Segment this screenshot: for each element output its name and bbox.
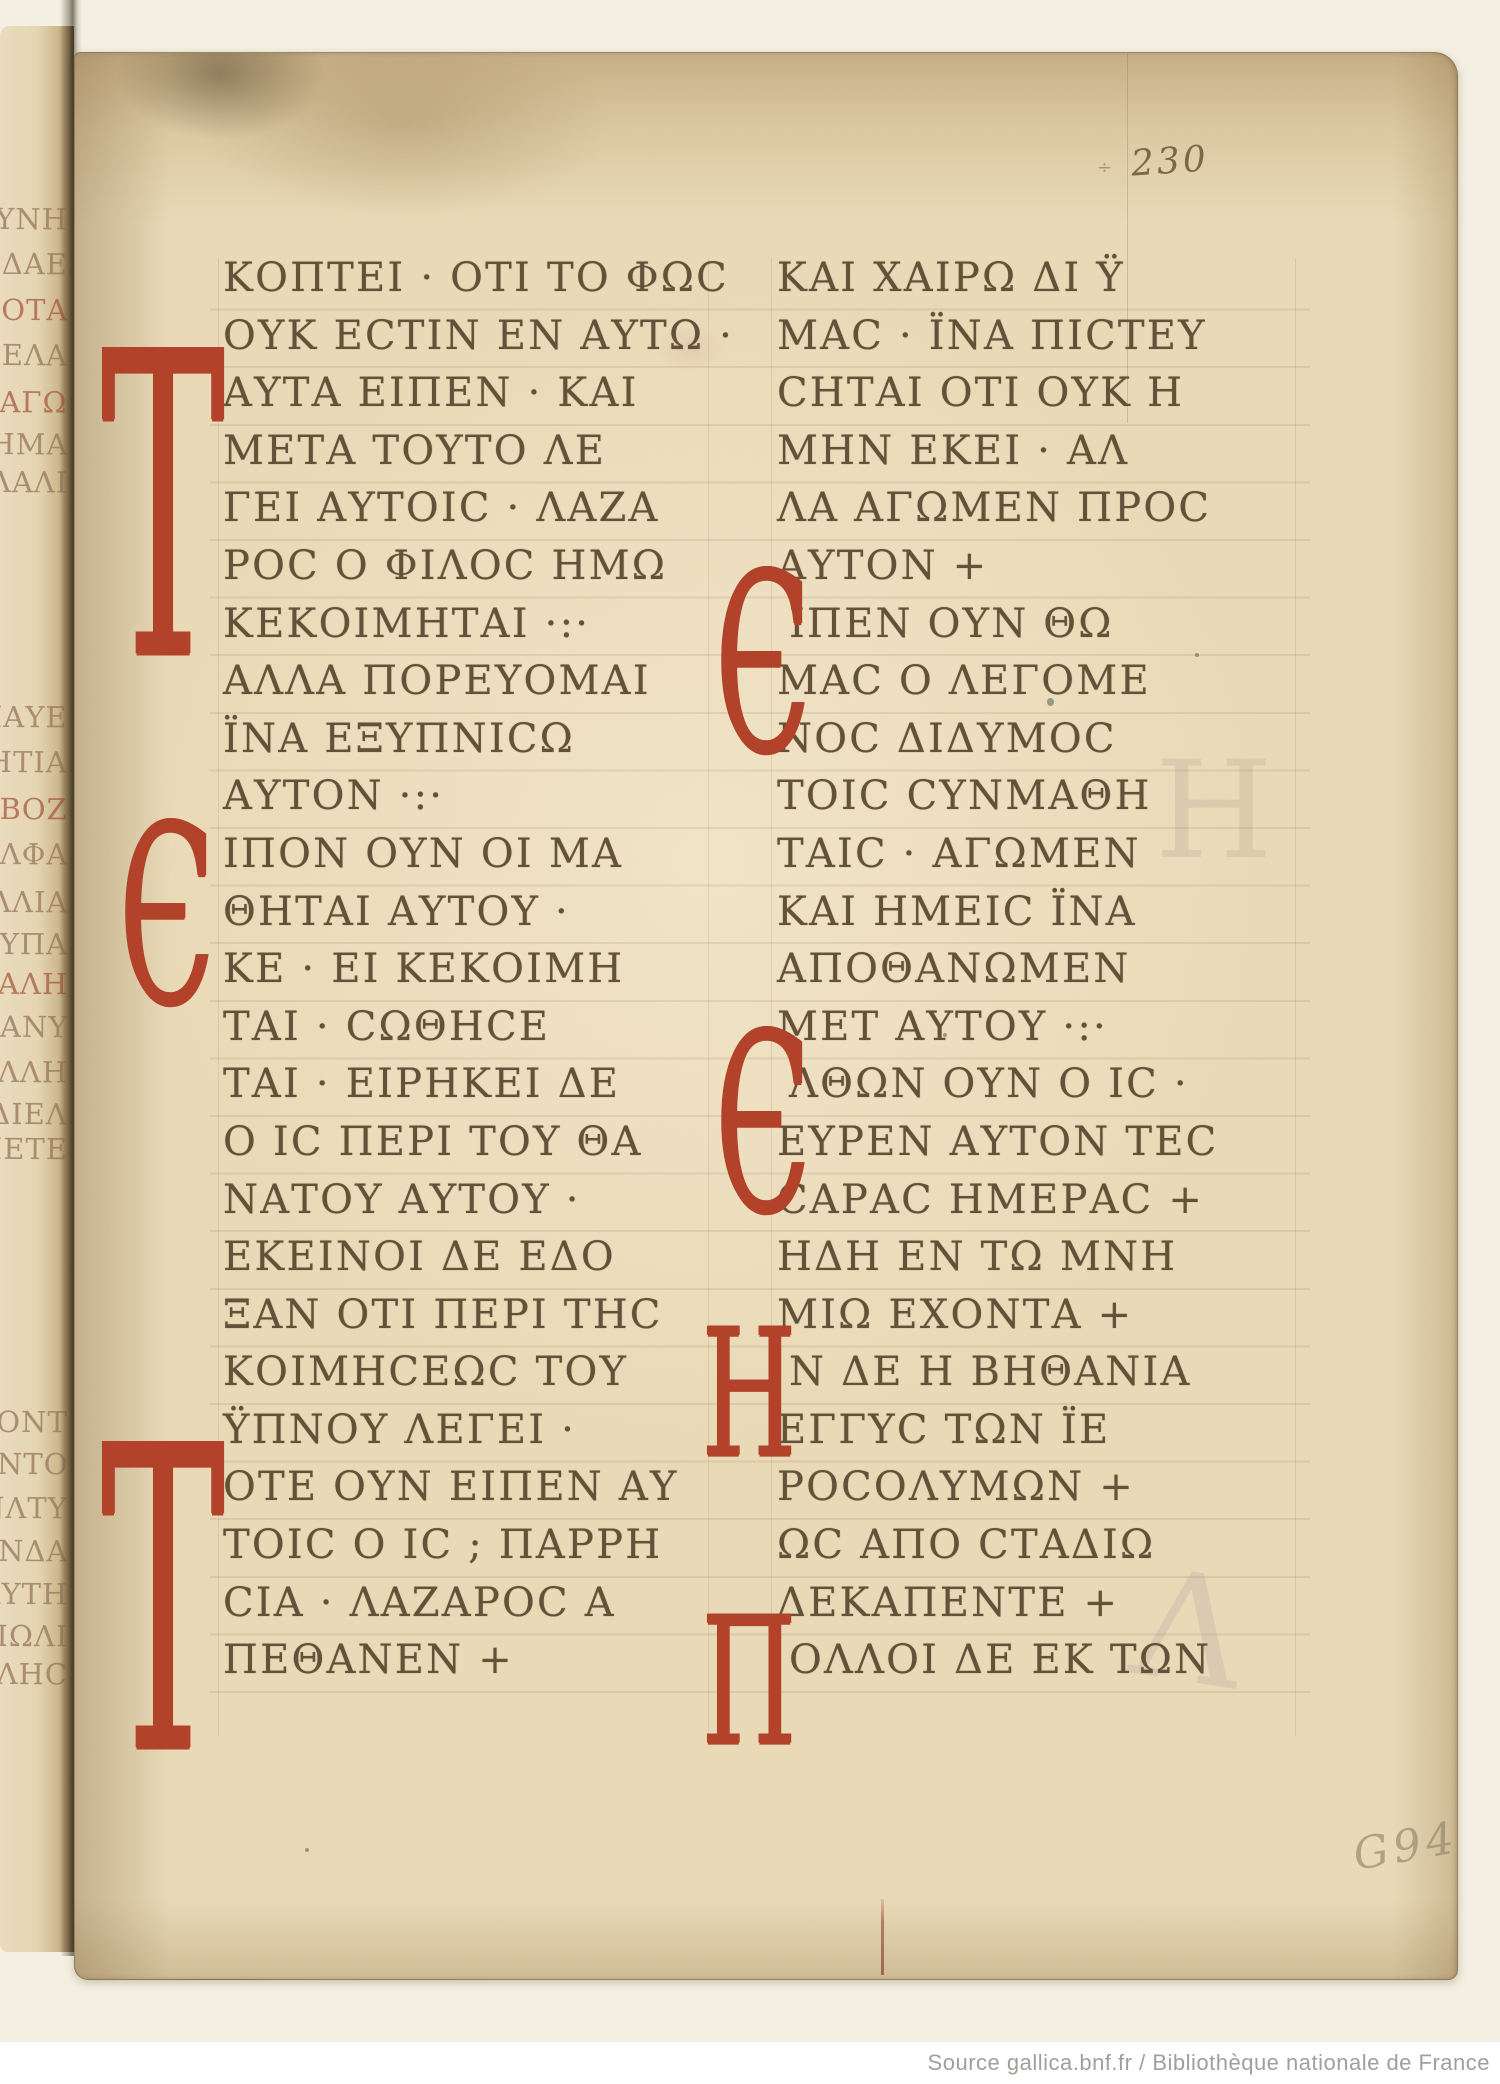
text-line: ΡΟCΟΛΥΜΩΝ +: [777, 1459, 1317, 1517]
line-text: ΡΟC Ο ΦΙΛΟC ΗΜΩ: [223, 543, 667, 589]
line-text: ΟΛΛΟΙ ΔΕ ΕΚ ΤΩΝ: [789, 1637, 1211, 1683]
line-text: ΑΥΤΟΝ ·:·: [223, 773, 444, 819]
text-line: ΕΓΓΥC ΤΩΝ ΪΕ: [777, 1402, 1317, 1460]
line-text: CΙΑ · ΛΑΖΑΡΟC Α: [223, 1580, 616, 1626]
gutter-text-fragment: ΧΛΙΕ·ΑΓΩ: [0, 387, 68, 417]
gutter-text-fragment: ΗΝΥΠΑ: [0, 930, 68, 960]
text-line: ΕΥΡΕΝ ΑΥΤΟΝ ΤΕC: [777, 1114, 1317, 1172]
text-line: ΜΕΤ ΑΥΤΟΥ ·:·: [777, 999, 1317, 1057]
text-line: ΗΝ ΔΕ Η ΒΗΘΑΝΙΑ: [777, 1344, 1317, 1402]
gutter-text-fragment: ΜΠΛΑΛΙ: [0, 468, 68, 498]
line-text: ΜΕΤ ΑΥΤΟΥ ·:·: [777, 1004, 1108, 1050]
decorated-initial: Τ: [101, 299, 226, 719]
text-line: ΜΑC · ΪΝΑ ΠΙCΤΕΥ: [777, 308, 1317, 366]
footer-source-text: Source gallica.bnf.fr / Bibliothèque nat…: [928, 2050, 1490, 2076]
decorated-initial: Π: [702, 1594, 798, 1771]
text-line: ΚΕ · ΕΙ ΚΕΚΟΙΜΗ: [223, 941, 763, 999]
text-line: ΜΑC Ο ΛΕΓΟΜΕ: [777, 653, 1317, 711]
gutter-text-fragment: CΑΝΔΑ: [0, 1537, 68, 1567]
decorated-initial: Τ: [101, 1393, 226, 1813]
line-text: ΑΛΛΑ ΠΟΡΕΥΟΜΑΙ: [223, 658, 651, 704]
text-line: ΗΔΗ ΕΝ ΤΩ ΜΝΗ: [777, 1229, 1317, 1287]
gutter-text-fragment: ΤΟΝΤ: [0, 1408, 68, 1438]
line-text: ΘΗΤΑΙ ΑΥΤΟΥ ·: [223, 889, 570, 935]
line-text: ΝΑΤΟΥ ΑΥΤΟΥ ·: [223, 1177, 581, 1223]
line-text: ΡΟCΟΛΥΜΩΝ +: [777, 1464, 1135, 1510]
line-text: ΟΥΚ ΕCΤΙΝ ΕΝ ΑΥΤΩ ·: [223, 313, 734, 359]
line-text: ΤΑΙC · ΑΓΩΜΕΝ: [777, 831, 1141, 877]
line-text: ΚΟΙΜΗCΕΩC ΤΟΥ: [223, 1349, 628, 1395]
line-text: ΚΟΠΤΕΙ · ΟΤΙ ΤΟ ΦΩC: [223, 255, 729, 301]
gutter-text-fragment: ΩΝΛΤΥ: [0, 1494, 68, 1524]
decorated-initial: Є: [715, 541, 813, 789]
line-text: ΚΑΙ ΧΑΙΡΩ ΔΙ Ϋ: [777, 255, 1125, 301]
gutter-text-fragment: ΑΝΥ: [0, 1013, 68, 1042]
gutter-text-fragment: ΝΙΔΑΕ: [0, 250, 68, 280]
text-line: ΩC ΑΠΟ CΤΑΔΙΩ: [777, 1517, 1317, 1575]
text-line: ΪΝΑ ΕΞΥΠΝΙCΩ: [223, 711, 763, 769]
text-line: ΠΕΘΑΝΕΝ +: [223, 1632, 763, 1690]
line-text: ΙΠΟΝ ΟΥΝ ΟΙ ΜΑ: [223, 831, 623, 877]
line-text: ΙΠΕΝ ΟΥΝ ΘΩ: [789, 601, 1114, 647]
text-line: ΤΟΙC CΥΝΜΑΘΗ: [777, 768, 1317, 826]
line-text: ΞΑΝ ΟΤΙ ΠΕΡΙ ΤΗC: [223, 1292, 663, 1338]
text-line: ΑΠΟΘΑΝΩΜΕΝ: [777, 941, 1317, 999]
line-text: ΗΔΗ ΕΝ ΤΩ ΜΝΗ: [777, 1234, 1177, 1280]
line-text: CΑΡΑC ΗΜΕΡΑC +: [777, 1177, 1204, 1223]
text-line: ЄΙΠΟΝ ΟΥΝ ΟΙ ΜΑ: [223, 826, 763, 884]
line-text: ΓΕΙ ΑΥΤΟΙC · ΛΑΖΑ: [223, 485, 660, 531]
text-line: ΝΑΤΟΥ ΑΥΤΟΥ ·: [223, 1172, 763, 1230]
line-text: ΜΑC · ΪΝΑ ΠΙCΤΕΥ: [777, 313, 1207, 359]
line-text: ΜΑC Ο ΛΕΓΟΜΕ: [777, 658, 1151, 704]
text-line: ΓΕΙ ΑΥΤΟΙC · ΛΑΖΑ: [223, 480, 763, 538]
line-text: ΚΑΙ ΗΜΕΙC ΪΝΑ: [777, 889, 1137, 935]
gutter-text-fragment: ΑΩΛΛΗ: [0, 1058, 68, 1088]
line-text: ΜΗΝ ΕΚΕΙ · ΑΛ: [777, 428, 1129, 474]
line-text: ΤΟΙC Ο ΙC ; ΠΑΡΡΗ: [223, 1522, 662, 1568]
decorated-initial: Η: [702, 1306, 798, 1483]
gutter-text-fragment: ΝΟΥΝΗ: [0, 205, 68, 235]
text-line: ΜΕΤΑ ΤΟΥΤΟ ΛΕ: [223, 423, 763, 481]
text-line: ΑΥΤΟΝ +: [777, 538, 1317, 596]
text-line: ЄΙΠΕΝ ΟΥΝ ΘΩ: [777, 596, 1317, 654]
line-text: ΕΥΡΕΝ ΑΥΤΟΝ ΤΕC: [777, 1119, 1218, 1165]
text-line: CΙΑ · ΛΑΖΑΡΟC Α: [223, 1575, 763, 1633]
line-text: ΑΠΟΘΑΝΩΜΕΝ: [777, 946, 1131, 992]
text-line: ΘΗΤΑΙ ΑΥΤΟΥ ·: [223, 884, 763, 942]
gutter-text-fragment: ΤΠΛΗC: [0, 1660, 68, 1690]
footer-bar: Source gallica.bnf.fr / Bibliothèque nat…: [0, 2042, 1500, 2084]
text-line: ЄΛΘΩΝ ΟΥΝ Ο ΙC ·: [777, 1056, 1317, 1114]
text-line: ΑΥΤΟΝ ·:·: [223, 768, 763, 826]
line-text: ΛΘΩΝ ΟΥΝ Ο ΙC ·: [789, 1061, 1189, 1107]
text-line: ΚΟΠΤΕΙ · ΟΤΙ ΤΟ ΦΩC: [223, 250, 763, 308]
gutter-text-fragment: ΠΟΤΑ: [0, 296, 68, 326]
text-line: ΚΕΚΟΙΜΗΤΑΙ ·:·: [223, 596, 763, 654]
gutter-text-fragment: ΑΛΗ: [0, 970, 68, 999]
line-text: ΚΕΚΟΙΜΗΤΑΙ ·:·: [223, 601, 590, 647]
line-text: ΕΚΕΙΝΟΙ ΔΕ ΕΔΟ: [223, 1234, 616, 1280]
text-line: ΜΙΩ ΕΧΟΝΤΑ +: [777, 1287, 1317, 1345]
line-text: ΤΑΙ · ΕΙΡΗΚΕΙ ΔΕ: [223, 1061, 620, 1107]
text-line: ΡΟC Ο ΦΙΛΟC ΗΜΩ: [223, 538, 763, 596]
pencil-inscription: G94: [1349, 1812, 1462, 1881]
text-line: ΠΟΛΛΟΙ ΔΕ ΕΚ ΤΩΝ: [777, 1632, 1317, 1690]
line-text: ΔΕΚΑΠΕΝΤΕ +: [777, 1580, 1119, 1626]
manuscript-page: ÷ 230 ΚΟΠΤΕΙ · ΟΤΙ ΤΟ ΦΩCΟΥΚ ΕCΤΙΝ ΕΝ ΑΥ…: [74, 52, 1458, 1980]
line-text: CΗΤΑΙ ΟΤΙ ΟΥΚ Η: [777, 370, 1184, 416]
line-text: ΜΙΩ ΕΧΟΝΤΑ +: [777, 1292, 1133, 1338]
line-text: ΠΕΘΑΝΕΝ +: [223, 1637, 514, 1683]
line-text: ΪΝΑ ΕΞΥΠΝΙCΩ: [223, 716, 575, 762]
text-line: CΑΡΑC ΗΜΕΡΑC +: [777, 1172, 1317, 1230]
folio-number: 230: [1130, 138, 1210, 184]
text-line: ΟΥΚ ΕCΤΙΝ ΕΝ ΑΥΤΩ ·: [223, 308, 763, 366]
ink-drip: [881, 1899, 884, 1975]
text-line: ΚΟΙΜΗCΕΩC ΤΟΥ: [223, 1344, 763, 1402]
text-column-left: ΚΟΠΤΕΙ · ΟΤΙ ΤΟ ΦΩCΟΥΚ ΕCΤΙΝ ΕΝ ΑΥΤΩ ·ΤΑ…: [223, 250, 763, 1690]
decorated-initial: Є: [119, 793, 217, 1041]
gutter-text-fragment: ΥΤΙΩΛΙ: [0, 1622, 68, 1652]
gutter-text-fragment: ΠΕΤΕ: [0, 1135, 68, 1165]
gutter-text-fragment: ΥΑΛΛΙΑ: [0, 888, 68, 918]
gutter-text-fragment: ΙCΙΟΕΛΑ: [0, 341, 68, 371]
line-text: ΤΟΙC CΥΝΜΑΘΗ: [777, 773, 1152, 819]
line-text: ΩC ΑΠΟ CΤΑΔΙΩ: [777, 1522, 1155, 1568]
line-text: ΤΑΙ · CΩΘΗCΕ: [223, 1004, 550, 1050]
text-line: ΤΟΙC Ο ΙC ; ΠΑΡΡΗ: [223, 1517, 763, 1575]
text-line: ΤΑΙC · ΑΓΩΜΕΝ: [777, 826, 1317, 884]
text-column-right: ΚΑΙ ΧΑΙΡΩ ΔΙ ΫΜΑC · ΪΝΑ ΠΙCΤΕΥCΗΤΑΙ ΟΤΙ …: [777, 250, 1317, 1690]
gutter-text-fragment: ΝΥΒΟΖ: [0, 795, 68, 825]
line-text: ΛΑ ΑΓΩΜΕΝ ΠΡΟC: [777, 485, 1211, 531]
text-line: ΞΑΝ ΟΤΙ ΠΕΡΙ ΤΗC: [223, 1287, 763, 1345]
text-line: CΗΤΑΙ ΟΤΙ ΟΥΚ Η: [777, 365, 1317, 423]
gutter-text-fragment: ΑΦΗΤΙΑ: [0, 748, 68, 778]
line-text: ΕΓΓΥC ΤΩΝ ΪΕ: [777, 1407, 1110, 1453]
text-line: ΑΛΛΑ ΠΟΡΕΥΟΜΑΙ: [223, 653, 763, 711]
line-text: Ν ΔΕ Η ΒΗΘΑΝΙΑ: [789, 1349, 1192, 1395]
text-line: ΕΚΕΙΝΟΙ ΔΕ ΕΔΟ: [223, 1229, 763, 1287]
text-line: ΔΕΚΑΠΕΝΤΕ +: [777, 1575, 1317, 1633]
gutter-text-fragment: ΙΛΥΤΗ: [0, 1580, 68, 1610]
gutter-text-fragment: ΑΝΤΟ: [0, 1450, 68, 1480]
text-line: ΜΗΝ ΕΚΕΙ · ΑΛ: [777, 423, 1317, 481]
text-line: ΚΑΙ ΗΜΕΙC ΪΝΑ: [777, 884, 1317, 942]
folio-mark: ÷: [1097, 157, 1112, 178]
line-text: Ο ΙC ΠΕΡΙ ΤΟΥ ΘΑ: [223, 1119, 643, 1165]
text-line: ΫΠΝΟΥ ΛΕΓΕΙ ·: [223, 1402, 763, 1460]
text-line: Ο ΙC ΠΕΡΙ ΤΟΥ ΘΑ: [223, 1114, 763, 1172]
gutter-text-fragment: ΗΔΙΕΛ: [0, 1100, 68, 1130]
gutter-text-fragment: ΙCΕΛΛΦΑ: [0, 839, 68, 869]
decorated-initial: Є: [715, 1001, 813, 1249]
text-line: ΚΑΙ ΧΑΙΡΩ ΔΙ Ϋ: [777, 250, 1317, 308]
text-line: ΤΟΤΕ ΟΥΝ ΕΙΠΕΝ ΑΥ: [223, 1459, 763, 1517]
text-line: ΛΑ ΑΓΩΜΕΝ ΠΡΟC: [777, 480, 1317, 538]
text-line: ΤΑΥΤΑ ΕΙΠΕΝ · ΚΑΙ: [223, 365, 763, 423]
line-text: ΜΕΤΑ ΤΟΥΤΟ ΛΕ: [223, 428, 606, 474]
text-line: ΝΟC ΔΙΔΥΜΟC: [777, 711, 1317, 769]
line-text: ΑΥΤΑ ΕΙΠΕΝ · ΚΑΙ: [223, 370, 639, 416]
text-line: ΤΑΙ · ΕΙΡΗΚΕΙ ΔΕ: [223, 1056, 763, 1114]
text-line: ΤΑΙ · CΩΘΗCΕ: [223, 999, 763, 1057]
gutter-text-fragment: ΕΟΥΤΗΜΑ: [0, 429, 68, 459]
line-text: ΚΕ · ΕΙ ΚΕΚΟΙΜΗ: [223, 946, 624, 992]
line-text: ΫΠΝΟΥ ΛΕΓΕΙ ·: [223, 1407, 576, 1453]
speck: [305, 1848, 309, 1852]
line-text: ΟΤΕ ΟΥΝ ΕΙΠΕΝ ΑΥ: [223, 1464, 679, 1510]
line-text: ΝΟC ΔΙΔΥΜΟC: [777, 716, 1117, 762]
gutter-text-fragment: ΕΙΜΑΥΕ: [0, 703, 68, 733]
